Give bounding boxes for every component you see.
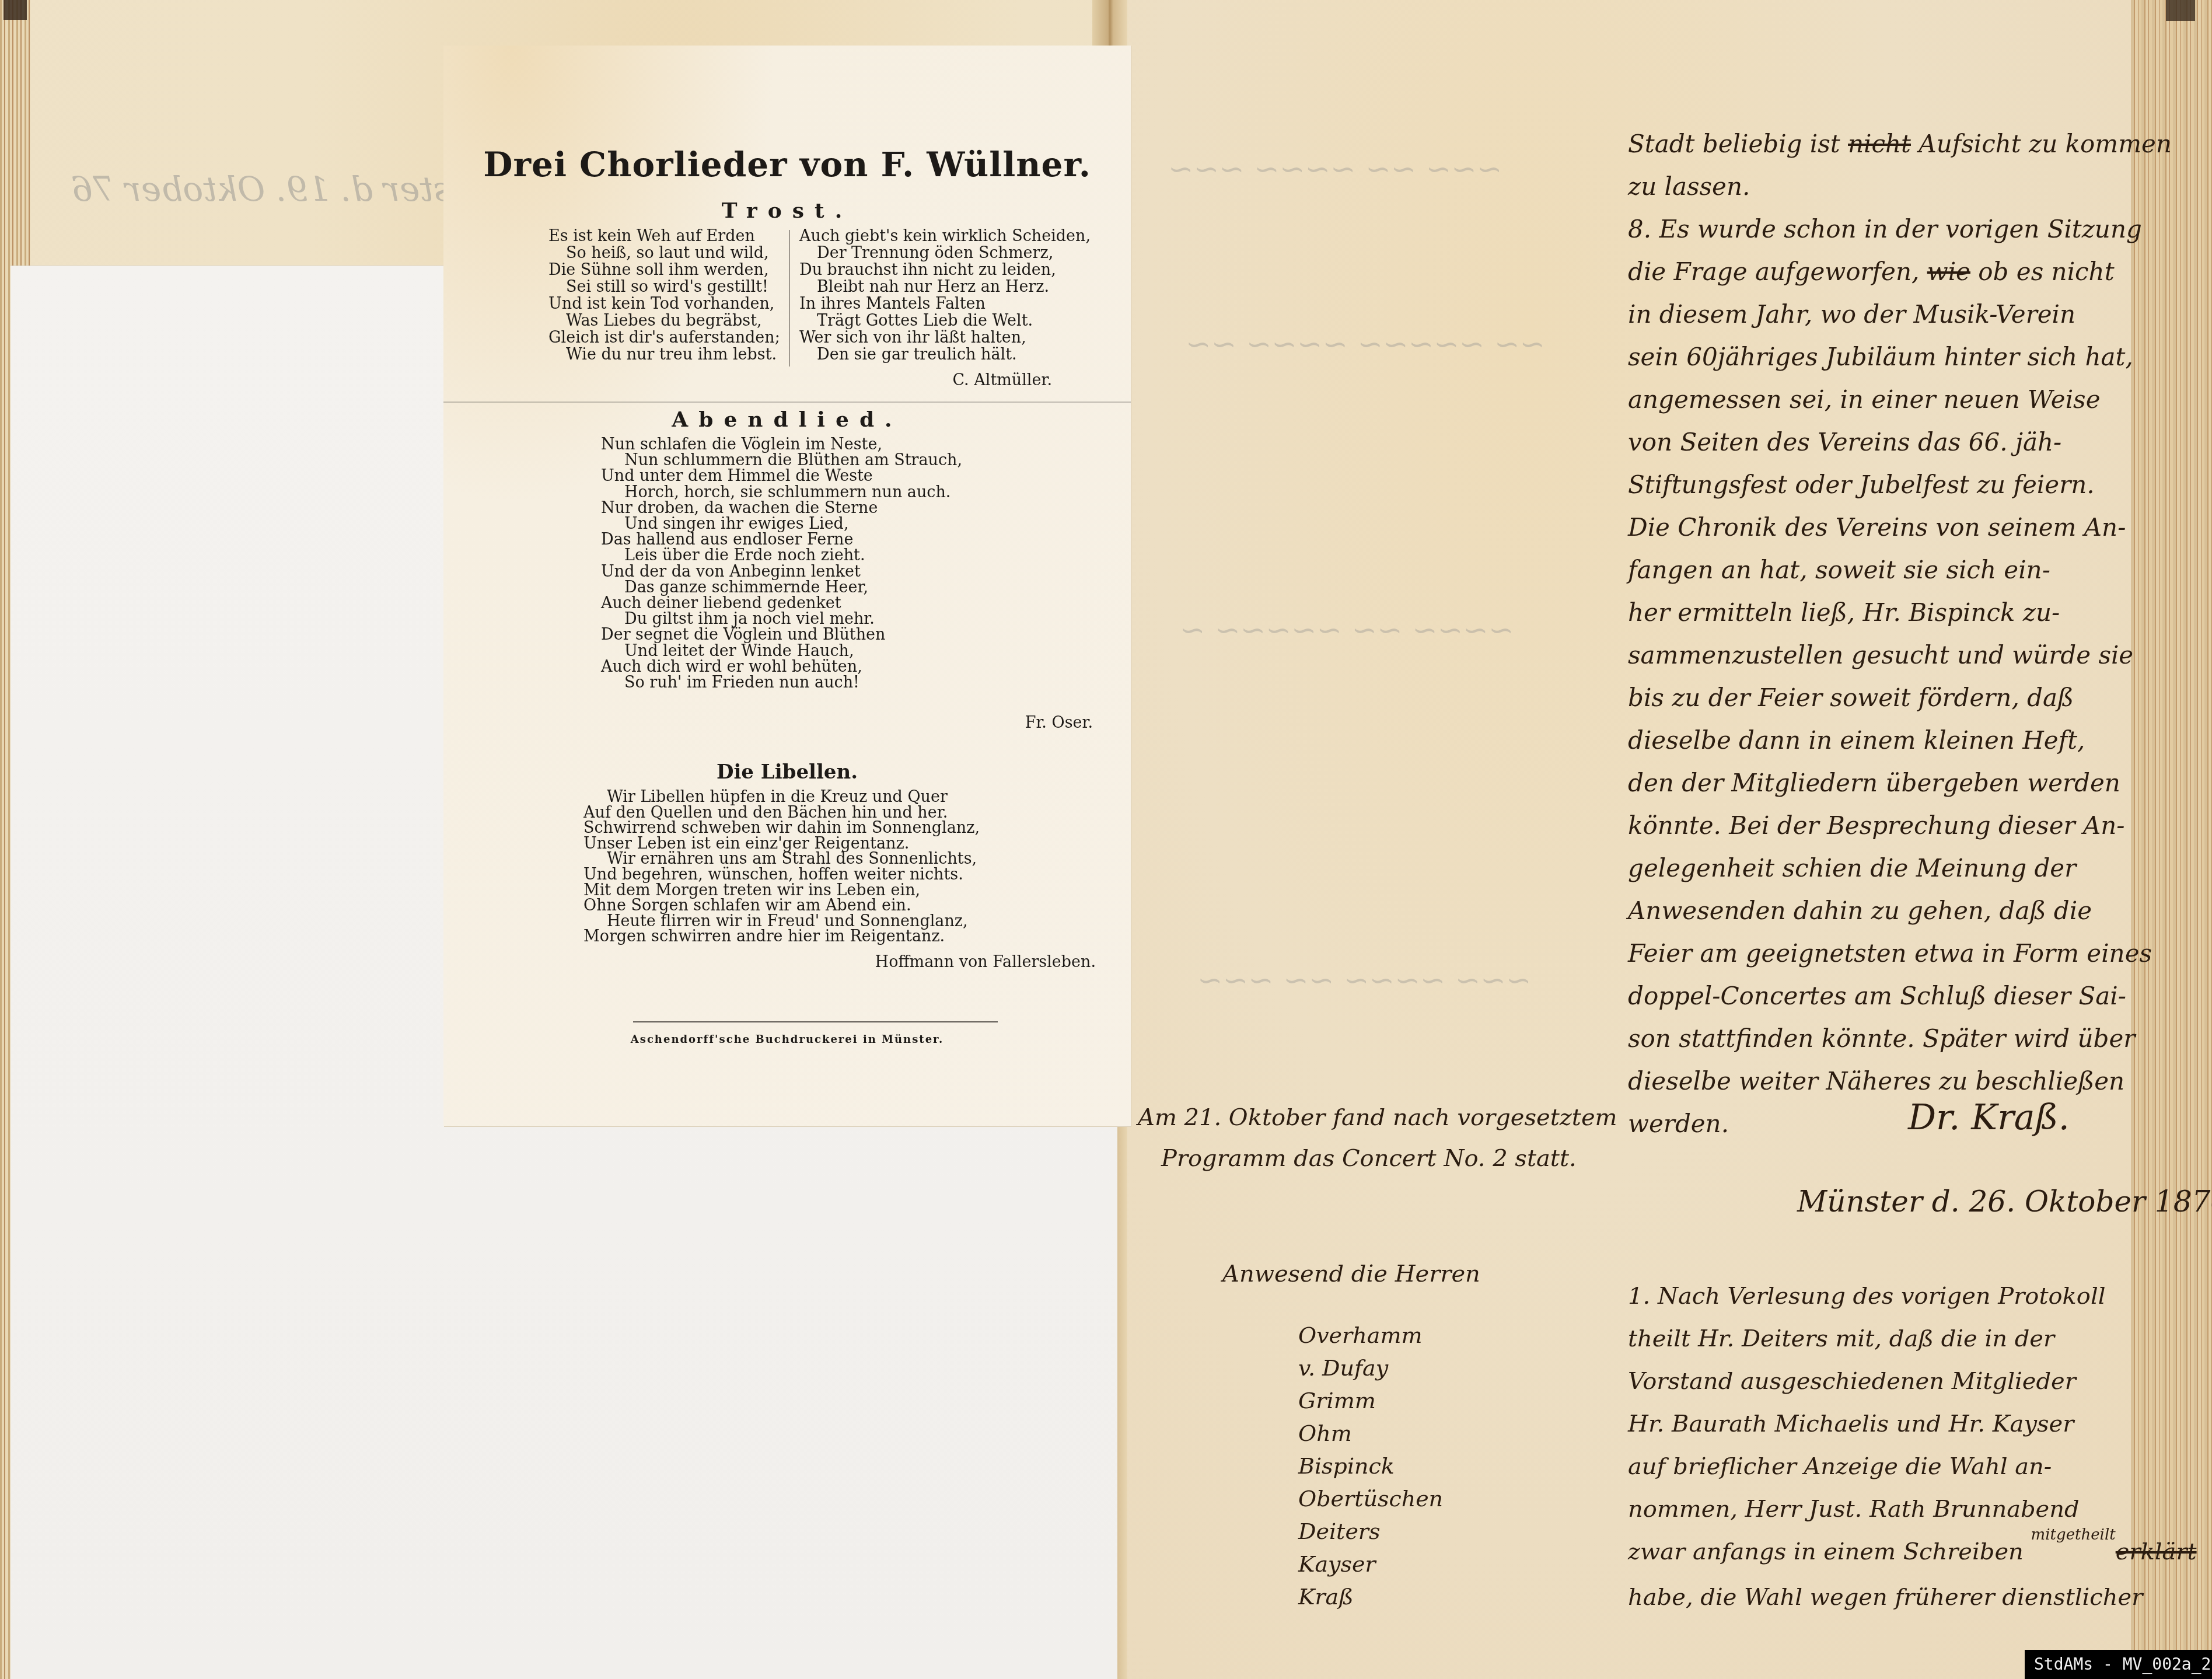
signature: Dr. Kraß. bbox=[1908, 1097, 2070, 1138]
minutes-top: Stadt beliebig ist nicht Aufsicht zu kom… bbox=[1628, 123, 2172, 1145]
poem-column-right: Auch giebt's kein wirklich Scheiden,Der … bbox=[799, 228, 1044, 363]
handwritten-text: Vorstand ausgeschiedenen Mitglieder bbox=[1628, 1368, 2076, 1395]
handwritten-line: her ermitteln ließ, Hr. Bispinck zu- bbox=[1628, 591, 2172, 634]
margin-note: Am 21. Oktober fand nach vorgesetztem Pr… bbox=[1138, 1097, 1617, 1179]
handwritten-line: son stattfinden könnte. Später wird über bbox=[1628, 1017, 2172, 1060]
handwritten-line: Vorstand ausgeschiedenen Mitglieder bbox=[1628, 1360, 2197, 1403]
poem-line: Wie du nur treu ihm lebst. bbox=[548, 346, 782, 363]
handwritten-text: doppel-Concertes am Schluß dieser Sai- bbox=[1628, 982, 2126, 1010]
interlinear-insertion: mitgetheilt bbox=[2031, 1526, 2116, 1544]
attendee-name: Overhamm bbox=[1298, 1319, 1443, 1352]
handwritten-line: zwar anfangs in einem Schreiben mitgethe… bbox=[1628, 1531, 2197, 1576]
poem-line: Du brauchst ihn nicht zu leiden, bbox=[799, 261, 1044, 278]
poem-line: Auf den Quellen und den Bächen hin und h… bbox=[583, 805, 980, 821]
handwritten-line: dieselbe dann in einem kleinen Heft, bbox=[1628, 719, 2172, 762]
handwritten-line: habe, die Wahl wegen früherer dienstlich… bbox=[1628, 1576, 2197, 1619]
handwritten-line: sammenzustellen gesucht und würde sie bbox=[1628, 634, 2172, 676]
handwritten-text: Hr. Baurath Michaelis und Hr. Kayser bbox=[1628, 1411, 2074, 1437]
handwritten-line: sein 60jähriges Jubiläum hinter sich hat… bbox=[1628, 336, 2172, 378]
sheet-title: Drei Chorlieder von F. Wüllner. bbox=[443, 145, 1131, 184]
printed-program-sheet: Drei Chorlieder von F. Wüllner. Trost. E… bbox=[443, 46, 1131, 1126]
handwritten-text: Aufsicht zu kommen bbox=[1911, 130, 2172, 158]
minutes-bottom: 1. Nach Verlesung des vorigen Protokollt… bbox=[1628, 1275, 2197, 1619]
attendee-name: Kraß bbox=[1298, 1580, 1443, 1613]
handwritten-text: Anwesenden dahin zu gehen, daß die bbox=[1628, 896, 2092, 925]
bleed-through-text: ~~ ~~~~~ ~~~~ ~~ bbox=[1186, 327, 1545, 362]
handwritten-line: angemessen sei, in einer neuen Weise bbox=[1628, 378, 2172, 421]
poem-line: Und der da von Anbeginn lenket bbox=[601, 564, 962, 580]
poem-line: Den sie gar treulich hält. bbox=[799, 346, 1044, 363]
handwritten-text: habe, die Wahl wegen früherer dienstlich… bbox=[1628, 1584, 2143, 1611]
handwritten-line: doppel-Concertes am Schluß dieser Sai- bbox=[1628, 975, 2172, 1017]
handwritten-line: Stadt beliebig ist nicht Aufsicht zu kom… bbox=[1628, 123, 2172, 165]
poem-line: Unser Leben ist ein einz'ger Reigentanz. bbox=[583, 836, 980, 852]
struck-text: erklärt bbox=[2116, 1538, 2197, 1565]
handwritten-line: Feier am geeignetsten etwa in Form eines bbox=[1628, 932, 2172, 975]
attendee-name: Grimm bbox=[1298, 1384, 1443, 1417]
handwritten-text: her ermitteln ließ, Hr. Bispinck zu- bbox=[1628, 598, 2060, 627]
handwritten-text: theilt Hr. Deiters mit, daß die in der bbox=[1628, 1325, 2054, 1352]
poem-line: Wer sich von ihr läßt halten, bbox=[799, 329, 1044, 346]
handwritten-text: Die Chronik des Vereins von seinem An- bbox=[1628, 513, 2126, 542]
edge-tab-marker bbox=[2166, 0, 2195, 21]
poem-line: Und ist kein Tod vorhanden, bbox=[548, 295, 782, 312]
handwritten-text: den der Mitgliedern übergeben werden bbox=[1628, 769, 2120, 797]
handwritten-line: theilt Hr. Deiters mit, daß die in der bbox=[1628, 1318, 2197, 1360]
handwritten-text: von Seiten des Vereins das 66. jäh- bbox=[1628, 428, 2061, 456]
handwritten-text: Stiftungsfest oder Jubelfest zu feiern. bbox=[1628, 470, 2095, 499]
handwritten-text: die Frage aufgeworfen, bbox=[1628, 257, 1927, 286]
poem-line: Nun schlummern die Blüthen am Strauch, bbox=[601, 452, 962, 468]
handwritten-line: auf brieflicher Anzeige die Wahl an- bbox=[1628, 1446, 2197, 1488]
poem-line: Und begehren, wünschen, hoffen weiter ni… bbox=[583, 867, 980, 883]
poem-line: Trägt Gottes Lieb die Welt. bbox=[799, 312, 1044, 329]
poem-line: Horch, horch, sie schlummern nun auch. bbox=[601, 484, 962, 500]
handwritten-text: 8. Es wurde schon in der vorigen Sitzung bbox=[1628, 215, 2142, 243]
handwritten-line: nommen, Herr Just. Rath Brunnabend bbox=[1628, 1488, 2197, 1531]
handwritten-line: den der Mitgliedern übergeben werden bbox=[1628, 762, 2172, 804]
handwritten-line: Hr. Baurath Michaelis und Hr. Kayser bbox=[1628, 1403, 2197, 1446]
handwritten-text: bis zu der Feier soweit fördern, daß bbox=[1628, 683, 2074, 712]
handwritten-line: bis zu der Feier soweit fördern, daß bbox=[1628, 676, 2172, 719]
poem-column-left: Es ist kein Weh auf ErdenSo heiß, so lau… bbox=[548, 228, 782, 363]
poem-line: Und unter dem Himmel die Weste bbox=[601, 468, 962, 484]
song-author: C. Altmüller. bbox=[952, 371, 1052, 389]
poem-line: Nun schlafen die Vöglein im Neste, bbox=[601, 437, 962, 452]
archive-label: StdAMs - MV_002a_290 bbox=[2025, 1650, 2212, 1679]
bleed-through-text: ~~~ ~~ ~~~~ ~~~ bbox=[1168, 152, 1502, 187]
attendee-name: Bispinck bbox=[1298, 1450, 1443, 1482]
handwritten-line: zu lassen. bbox=[1628, 165, 2172, 208]
handwritten-text: in diesem Jahr, wo der Musik-Verein bbox=[1628, 300, 2075, 329]
handwritten-line: die Frage aufgeworfen, wie ob es nicht bbox=[1628, 250, 2172, 293]
handwritten-text: werden. bbox=[1628, 1109, 1729, 1138]
handwritten-text: könnte. Bei der Besprechung dieser An- bbox=[1628, 811, 2125, 840]
handwritten-text: Stadt beliebig ist bbox=[1628, 130, 1848, 158]
poem-line: Mit dem Morgen treten wir ins Leben ein, bbox=[583, 883, 980, 899]
handwritten-text: gelegenheit schien die Meinung der bbox=[1628, 854, 2076, 882]
handwritten-line: Anwesenden dahin zu gehen, daß die bbox=[1628, 889, 2172, 932]
handwritten-text: zu lassen. bbox=[1628, 172, 1750, 201]
poem-line: Wir ernähren uns am Strahl des Sonnenlic… bbox=[583, 851, 980, 867]
handwritten-line: Die Chronik des Vereins von seinem An- bbox=[1628, 506, 2172, 549]
handwritten-text: son stattfinden könnte. Später wird über bbox=[1628, 1024, 2135, 1053]
song-author: Fr. Oser. bbox=[1025, 714, 1093, 732]
poem-line: Was Liebes du begräbst, bbox=[548, 312, 782, 329]
attendance-heading: Anwesend die Herren bbox=[1222, 1261, 1480, 1287]
bleed-through-text: ~~~~ ~~ ~~~~~ ~ bbox=[1180, 613, 1514, 648]
poem-line: Die Sühne soll ihm werden, bbox=[548, 261, 782, 278]
struck-text: wie bbox=[1927, 257, 1970, 286]
handwritten-line: gelegenheit schien die Meinung der bbox=[1628, 847, 2172, 889]
poem-line: Das ganze schimmernde Heer, bbox=[601, 580, 962, 595]
edge-tab-marker bbox=[4, 0, 27, 20]
margin-note-line: Am 21. Oktober fand nach vorgesetztem bbox=[1138, 1097, 1617, 1138]
poem-line: Wir Libellen hüpfen in die Kreuz und Que… bbox=[583, 790, 980, 805]
handwritten-text: fangen an hat, soweit sie sich ein- bbox=[1628, 556, 2050, 584]
poem-line: Gleich ist dir's auferstanden; bbox=[548, 329, 782, 346]
column-divider bbox=[789, 230, 789, 366]
poem-line: Der Trennung öden Schmerz, bbox=[799, 245, 1044, 261]
footer-rule bbox=[633, 1021, 998, 1022]
attendee-name: Obertüschen bbox=[1298, 1482, 1443, 1515]
poem-line: So ruh' im Frieden nun auch! bbox=[601, 675, 962, 690]
poem-line: Morgen schwirren andre hier im Reigentan… bbox=[583, 929, 980, 945]
handwritten-line: 8. Es wurde schon in der vorigen Sitzung bbox=[1628, 208, 2172, 250]
divider-rule bbox=[443, 402, 1131, 403]
printer-imprint: Aschendorff'sche Buchdruckerei in Münste… bbox=[443, 1034, 1131, 1046]
handwritten-text: sammenzustellen gesucht und würde sie bbox=[1628, 641, 2133, 669]
song-abendlied: Nun schlafen die Vöglein im Neste,Nun sc… bbox=[601, 437, 962, 690]
poem-line: In ihres Mantels Falten bbox=[799, 295, 1044, 312]
bleed-through-text: ~~~ ~~~~ ~~ ~~~ bbox=[1197, 963, 1531, 998]
poem-line: Nur droben, da wachen die Sterne bbox=[601, 500, 962, 516]
poem-line: Ohne Sorgen schlafen wir am Abend ein. bbox=[583, 898, 980, 914]
date-line: Münster d. 26. Oktober 1876. bbox=[1797, 1185, 2212, 1219]
poem-line: Schwirrend schweben wir dahin im Sonneng… bbox=[583, 821, 980, 836]
handwritten-line: könnte. Bei der Besprechung dieser An- bbox=[1628, 804, 2172, 847]
poem-line: Es ist kein Weh auf Erden bbox=[548, 228, 782, 245]
handwritten-text: sein 60jähriges Jubiläum hinter sich hat… bbox=[1628, 343, 2133, 371]
song-libellen: Wir Libellen hüpfen in die Kreuz und Que… bbox=[583, 790, 980, 945]
song-heading-trost: Trost. bbox=[443, 198, 1131, 223]
poem-line: Du giltst ihm ja noch viel mehr. bbox=[601, 611, 962, 627]
handwritten-text: Feier am geeignetsten etwa in Form eines bbox=[1628, 939, 2152, 968]
handwritten-text: nommen, Herr Just. Rath Brunnabend bbox=[1628, 1496, 2080, 1523]
handwritten-line: Stiftungsfest oder Jubelfest zu feiern. bbox=[1628, 463, 2172, 506]
attendee-name: v. Dufay bbox=[1298, 1352, 1443, 1384]
handwritten-text: ob es nicht bbox=[1970, 257, 2115, 286]
attendee-name: Deiters bbox=[1298, 1515, 1443, 1548]
handwritten-line: 1. Nach Verlesung des vorigen Protokoll bbox=[1628, 1275, 2197, 1318]
margin-note-line: Programm das Concert No. 2 statt. bbox=[1138, 1138, 1617, 1179]
attendee-name: Kayser bbox=[1298, 1548, 1443, 1580]
handwritten-line: von Seiten des Vereins das 66. jäh- bbox=[1628, 421, 2172, 463]
struck-text: nicht bbox=[1848, 130, 1911, 158]
poem-line: Auch dich wird er wohl behüten, bbox=[601, 659, 962, 675]
poem-line: Leis über die Erde noch zieht. bbox=[601, 547, 962, 563]
poem-line: Sei still so wird's gestillt! bbox=[548, 278, 782, 295]
handwritten-line: dieselbe weiter Näheres zu beschließen bbox=[1628, 1060, 2172, 1102]
handwritten-line: fangen an hat, soweit sie sich ein- bbox=[1628, 549, 2172, 591]
poem-line: Bleibt nah nur Herz an Herz. bbox=[799, 278, 1044, 295]
handwritten-text: 1. Nach Verlesung des vorigen Protokoll bbox=[1628, 1283, 2106, 1310]
handwritten-text: auf brieflicher Anzeige die Wahl an- bbox=[1628, 1453, 2052, 1480]
handwritten-line: werden. bbox=[1628, 1102, 2172, 1145]
handwritten-text: angemessen sei, in einer neuen Weise bbox=[1628, 385, 2101, 414]
poem-line: So heiß, so laut und wild, bbox=[548, 245, 782, 261]
poem-line: Das hallend aus endloser Ferne bbox=[601, 532, 962, 547]
handwritten-text: dieselbe weiter Näheres zu beschließen bbox=[1628, 1067, 2124, 1095]
poem-line: Auch giebt's kein wirklich Scheiden, bbox=[799, 228, 1044, 245]
attendance-list: Overhammv. DufayGrimmOhmBispinckObertüsc… bbox=[1298, 1319, 1443, 1613]
song-heading-abendlied: Abendlied. bbox=[443, 407, 1131, 432]
poem-line: Der segnet die Vöglein und Blüthen bbox=[601, 627, 962, 643]
poem-line: Und leitet der Winde Hauch, bbox=[601, 643, 962, 659]
song-author: Hoffmann von Fallersleben. bbox=[875, 953, 1096, 971]
handwritten-line: in diesem Jahr, wo der Musik-Verein bbox=[1628, 293, 2172, 336]
poem-line: Auch deiner liebend gedenket bbox=[601, 595, 962, 611]
poem-line: Heute flirren wir in Freud' und Sonnengl… bbox=[583, 914, 980, 930]
handwritten-text: dieselbe dann in einem kleinen Heft, bbox=[1628, 726, 2085, 755]
poem-line: Und singen ihr ewiges Lied, bbox=[601, 516, 962, 532]
song-heading-libellen: Die Libellen. bbox=[443, 760, 1131, 784]
handwritten-text: zwar anfangs in einem Schreiben bbox=[1628, 1538, 2031, 1565]
attendee-name: Ohm bbox=[1298, 1417, 1443, 1450]
